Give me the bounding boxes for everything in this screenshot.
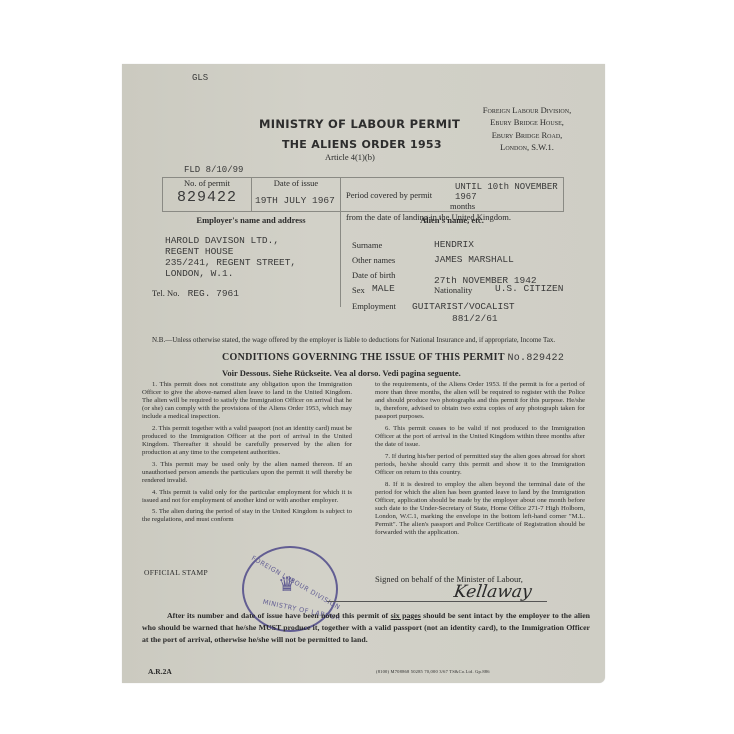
issue-date-cell: Date of issue 19TH JULY 1967 [251, 177, 341, 212]
initials: GLS [192, 73, 208, 83]
alien-heading: Alien's name, etc. [340, 215, 564, 225]
period-value: UNTIL 10th NOVEMBER 1967 [455, 182, 563, 202]
employer-heading: Employer's name and address [162, 215, 340, 225]
signature-line [327, 601, 547, 602]
tel-label: Tel. No. [152, 288, 180, 298]
conditions-right-column: to the requirements, of the Aliens Order… [375, 381, 585, 541]
form-code: A.R.2A [148, 667, 172, 676]
file-reference: FLD 8/10/99 [184, 165, 243, 175]
conditions-heading: CONDITIONS GOVERNING THE ISSUE OF THIS P… [222, 352, 564, 364]
employment-label: Employment [352, 301, 396, 311]
permit-document: GLS MINISTRY OF LABOUR PERMIT THE ALIENS… [122, 64, 605, 683]
address-line: Foreign Labour Division, [452, 104, 602, 116]
employment-value: GUITARIST/VOCALIST [412, 301, 515, 312]
issue-date-label: Date of issue [252, 178, 340, 188]
printer-imprint: (8100) M708868 50285 70,000 3/67 TS&Co.L… [376, 669, 490, 674]
surname-value: HENDRIX [434, 239, 474, 250]
sex-value: MALE [372, 283, 395, 294]
condition-paragraph: 5. The alien during the period of stay i… [142, 508, 352, 524]
nationality-value: U.S. CITIZEN [495, 283, 563, 294]
period-label-line1: Period covered by permit [346, 190, 432, 200]
condition-paragraph: 8. If it is desired to employ the alien … [375, 481, 585, 538]
other-names-value: JAMES MARSHALL [434, 254, 514, 265]
address-line: London, S.W.1. [452, 141, 602, 153]
permit-number-label: No. of permit [163, 178, 251, 188]
conditions-title: CONDITIONS GOVERNING THE ISSUE OF THIS P… [222, 352, 505, 363]
sex-label: Sex [352, 285, 365, 295]
employer-telephone: Tel. No. REG. 7961 [152, 288, 239, 299]
column-divider [340, 212, 341, 307]
signature: Kellaway [453, 582, 533, 602]
document-title: MINISTRY OF LABOUR PERMIT [259, 117, 460, 131]
condition-paragraph: to the requirements, of the Aliens Order… [375, 381, 585, 421]
employer-address: HAROLD DAVISON LTD., REGENT HOUSE 235/24… [165, 235, 296, 279]
address-line: Ebury Bridge House, [452, 116, 602, 128]
employment-code: 881/2/61 [452, 313, 498, 324]
issuer-address: Foreign Labour Division, Ebury Bridge Ho… [452, 104, 602, 153]
permit-number-cell: No. of permit 829422 [162, 177, 252, 212]
six-pages-text: six pages [391, 611, 421, 620]
conditions-left-column: 1. This permit does not constitute any o… [142, 381, 352, 528]
issue-date: 19TH JULY 1967 [252, 195, 340, 206]
delivery-instructions: After its number and date of issue have … [142, 610, 590, 646]
official-stamp-label: OFFICIAL STAMP [144, 568, 208, 577]
condition-paragraph: 1. This permit does not constitute any o… [142, 381, 352, 421]
period-cell: Period covered by permit months from the… [340, 177, 564, 212]
condition-paragraph: 4. This permit is valid only for the par… [142, 489, 352, 505]
nb-note: N.B.—Unless otherwise stated, the wage o… [152, 336, 592, 345]
employer-address-line: 235/241, REGENT STREET, [165, 257, 296, 268]
conditions-permit-number: No.829422 [507, 353, 564, 364]
employer-address-line: LONDON, W.1. [165, 268, 296, 279]
surname-label: Surname [352, 240, 382, 250]
dob-label: Date of birth [352, 270, 395, 280]
permit-number: 829422 [163, 189, 251, 206]
condition-paragraph: 2. This permit together with a valid pas… [142, 425, 352, 457]
condition-paragraph: 3. This permit may be used only by the a… [142, 461, 352, 485]
see-reverse-note: Voir Dessous. Siehe Rückseite. Vea al do… [222, 368, 461, 378]
employer-address-line: REGENT HOUSE [165, 246, 296, 257]
document-subtitle: THE ALIENS ORDER 1953 [282, 138, 442, 151]
crown-icon: ♛ [278, 572, 296, 597]
tel-value: REG. 7961 [188, 288, 239, 299]
condition-paragraph: 6. This permit ceases to be valid if not… [375, 425, 585, 449]
condition-paragraph: 7. If during his/her period of permitted… [375, 453, 585, 477]
address-line: Ebury Bridge Road, [452, 129, 602, 141]
other-names-label: Other names [352, 255, 395, 265]
period-months-label: months [450, 201, 475, 211]
instructions-text: After its number and date of issue have … [167, 611, 391, 620]
permit-details-table: No. of permit 829422 Date of issue 19TH … [162, 177, 564, 307]
employer-address-line: HAROLD DAVISON LTD., [165, 235, 296, 246]
article-reference: Article 4(1)(b) [325, 152, 375, 162]
nationality-label: Nationality [434, 285, 472, 295]
